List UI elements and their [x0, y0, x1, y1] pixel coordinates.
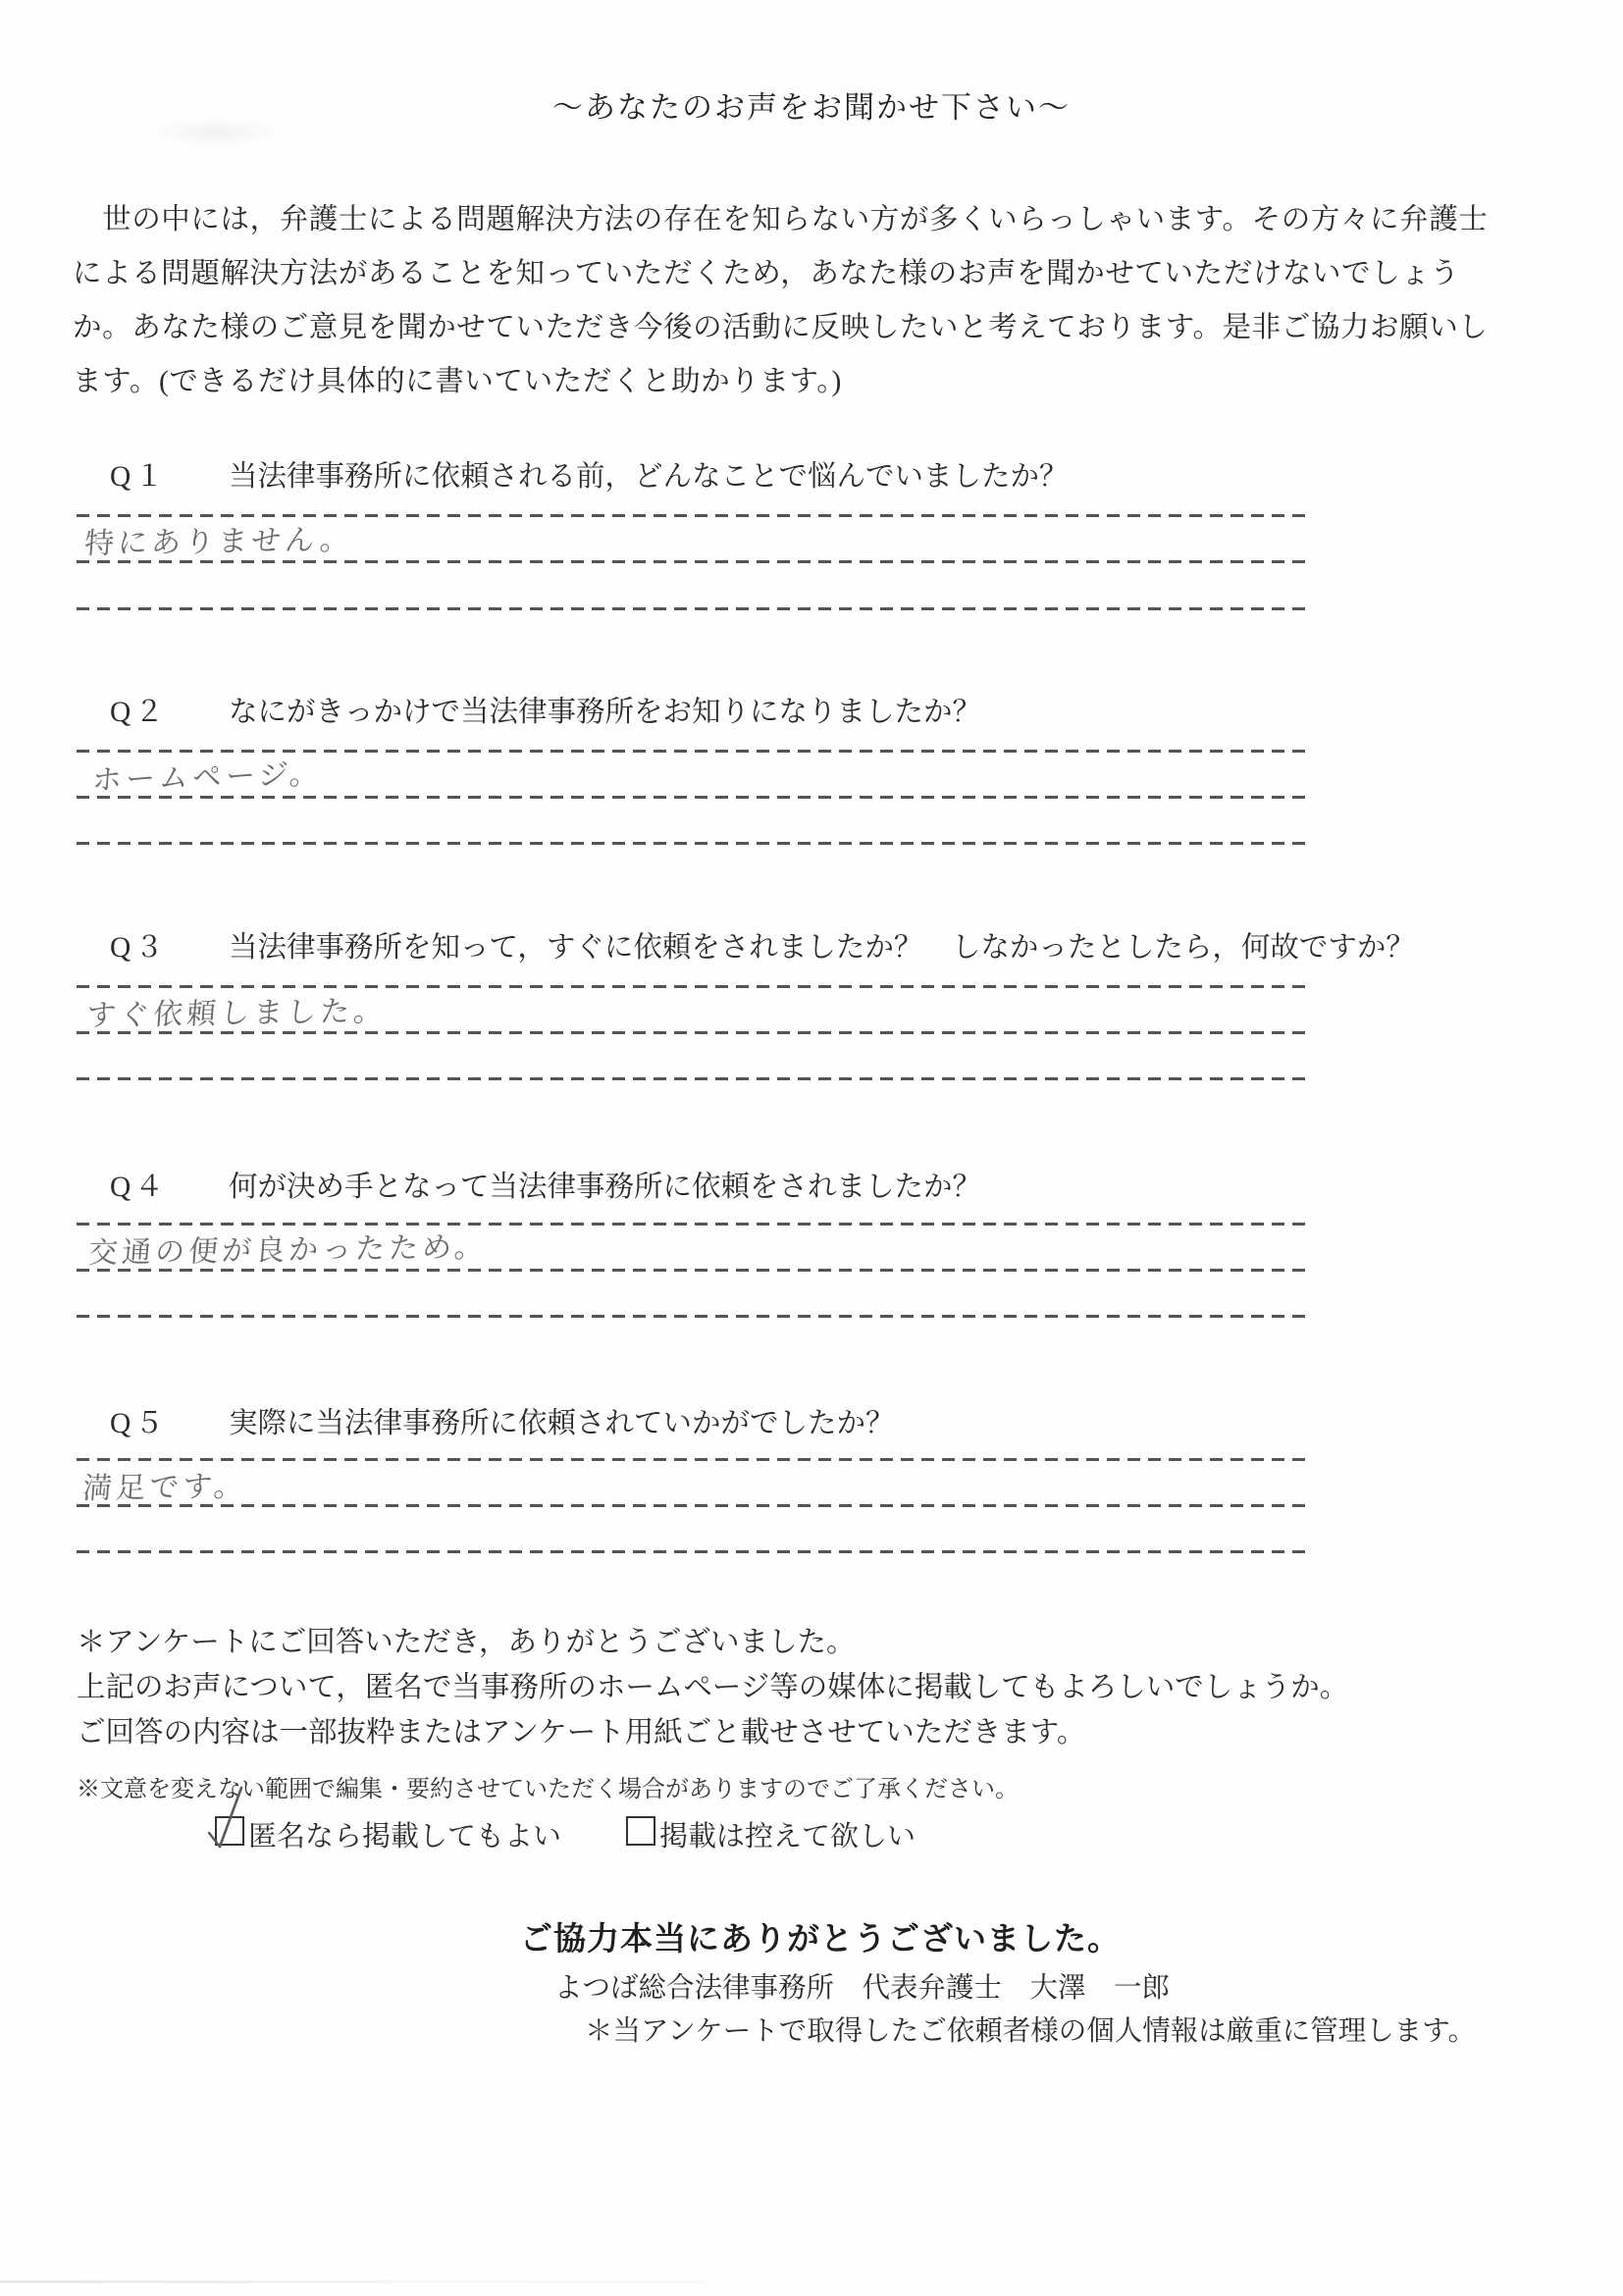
- closing-line: ご回答の内容は一部抜粋またはアンケート用紙ごと載せさせていただきます。: [77, 1709, 1085, 1750]
- firm-signature: よつば総合法律事務所 代表弁護士 大澤 一郎: [554, 1965, 1170, 2006]
- question-label: Q３: [110, 924, 168, 965]
- privacy-note: ＊当アンケートで取得したご依頼者様の個人情報は厳重に管理します。: [585, 2009, 1476, 2049]
- answer-line: [77, 607, 1307, 610]
- handwritten-answer: 特にありません。: [83, 515, 355, 562]
- intro-line: ます。(できるだけ具体的に書いていただくと助かります。): [73, 358, 842, 399]
- answer-line: [77, 1550, 1307, 1553]
- question-text: 何が決め手となって当法律事務所に依頼をされましたか？: [229, 1164, 981, 1205]
- checkbox-allow-label: 匿名なら掲載してもよい: [248, 1814, 561, 1854]
- thanks-message: ご協力本当にありがとうございました。: [520, 1913, 1121, 1959]
- closing-line: ＊アンケートにご回答いただき，ありがとうございました。: [77, 1619, 856, 1660]
- answer-line: [77, 1315, 1307, 1318]
- closing-line: 上記のお声について，匿名で当事務所のホームページ等の媒体に掲載してもよろしいでし…: [77, 1664, 1348, 1705]
- handwritten-answer: 満足です。: [81, 1461, 249, 1507]
- answer-line: [77, 1077, 1307, 1080]
- intro-line: 世の中には，弁護士による問題解決方法の存在を知らない方が多くいらっしゃいます。そ…: [73, 196, 1488, 237]
- question-text: なにがきっかけで当法律事務所をお知りになりましたか？: [229, 689, 981, 730]
- answer-line: [77, 842, 1307, 845]
- intro-line: による問題解決方法があることを知っていただくため，あなた様のお声を聞かせていただ…: [73, 250, 1460, 291]
- question-label: Q５: [110, 1400, 168, 1441]
- answer-line: [77, 1458, 1307, 1461]
- answer-line: [77, 560, 1307, 563]
- handwritten-answer: ホームページ。: [91, 749, 325, 799]
- question-text: 当法律事務所に依頼される前，どんなことで悩んでいましたか？: [229, 453, 1069, 495]
- question-label: Q４: [110, 1164, 168, 1205]
- question-label: Q２: [110, 689, 168, 730]
- question-label: Q１: [110, 453, 168, 495]
- answer-line: [77, 796, 1307, 799]
- answer-line: [77, 1269, 1307, 1272]
- form-title: ～あなたのお声をお聞かせ下さい～: [0, 82, 1623, 127]
- answer-line: [77, 1031, 1307, 1034]
- handwritten-answer: すぐ依頼しました。: [85, 986, 389, 1034]
- questionnaire-page: ～あなたのお声をお聞かせ下さい～ 世の中には，弁護士による問題解決方法の存在を知…: [0, 0, 1623, 2296]
- checkbox-deny-label: 掲載は控えて欲しい: [659, 1814, 916, 1854]
- question-text: 実際に当法律事務所に依頼されていかがでしたか？: [229, 1400, 895, 1441]
- handwritten-answer: 交通の便が良かったため。: [87, 1223, 490, 1272]
- answer-line: [77, 1504, 1307, 1507]
- intro-line: か。あなた様のご意見を聞かせていただき今後の活動に反映したいと考えております。是…: [73, 304, 1488, 345]
- question-text: 当法律事務所を知って，すぐに依頼をされましたか？ しなかったとしたら，何故ですか…: [229, 924, 1415, 965]
- scan-edge-artifact: [0, 2280, 883, 2283]
- consent-checkbox-deny[interactable]: [626, 1816, 655, 1846]
